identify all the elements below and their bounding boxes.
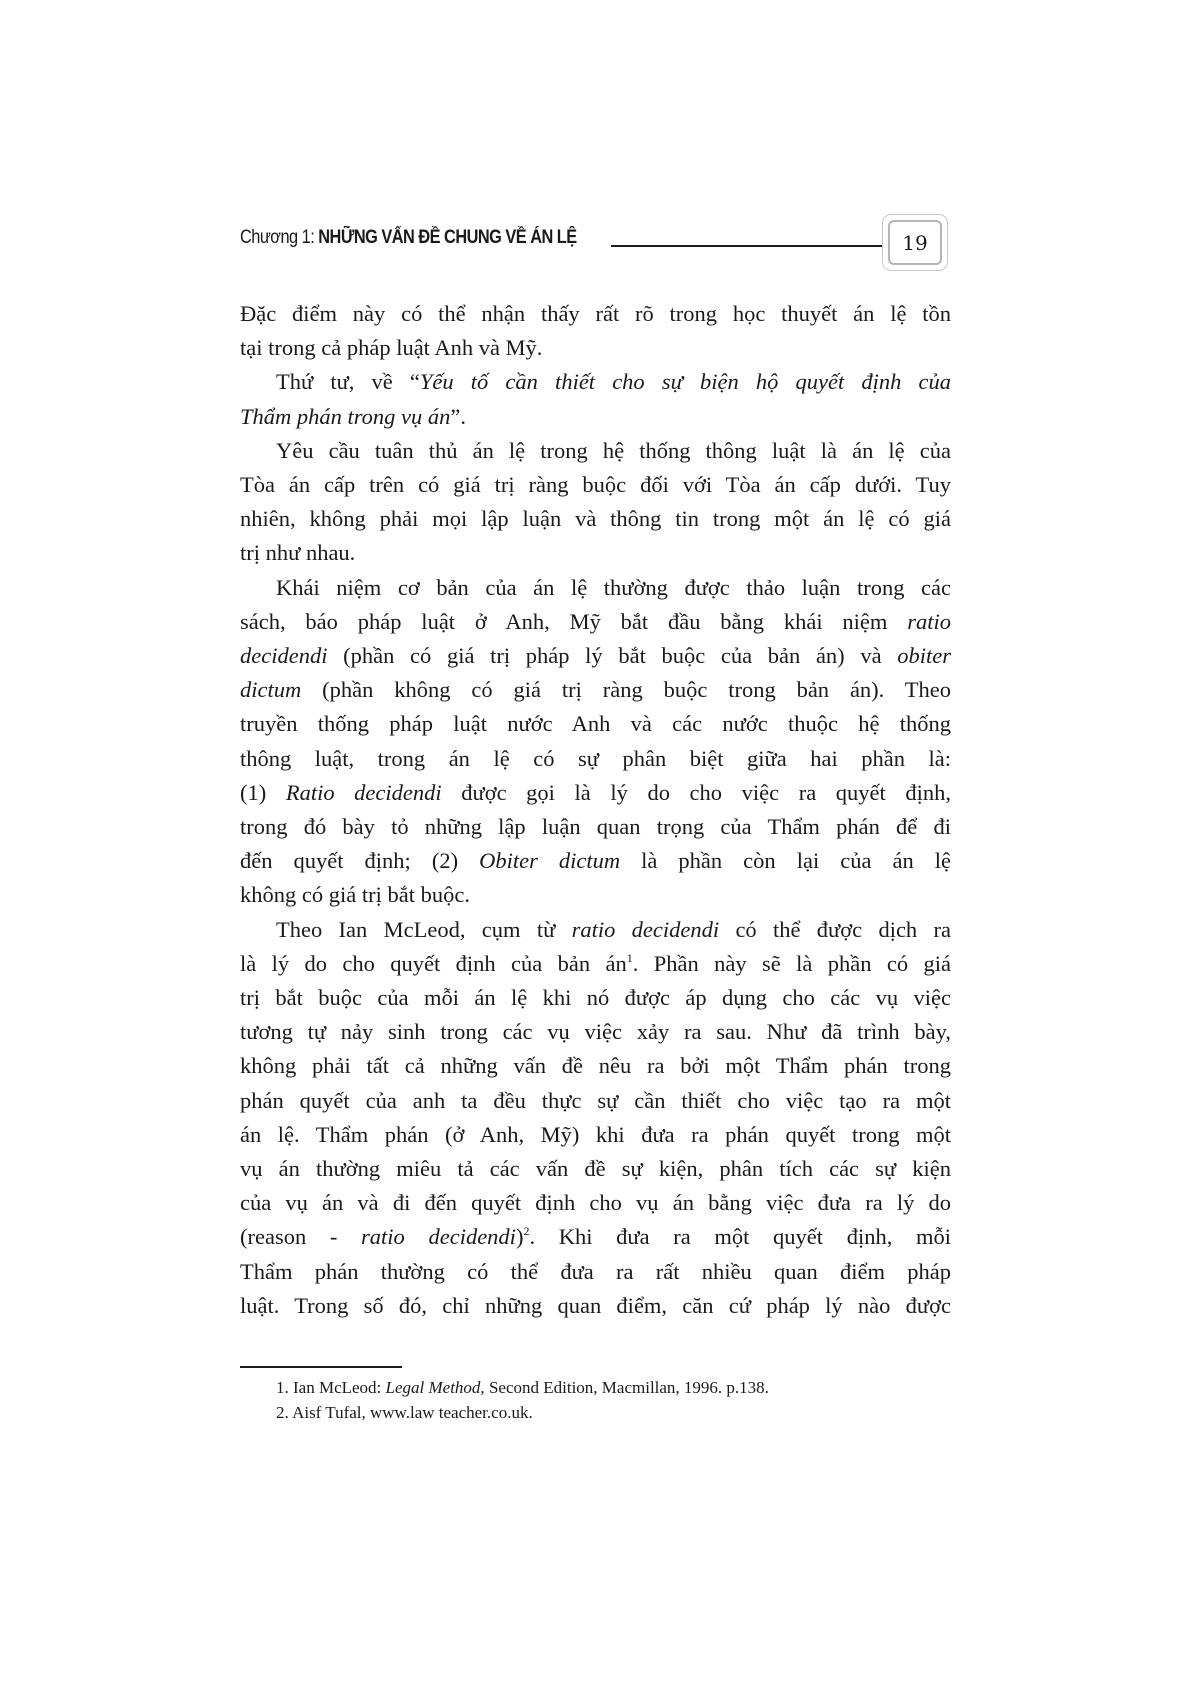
- text-line: (1) Ratio decidendi được gọi là lý do ch…: [240, 776, 951, 810]
- page-number: 19: [888, 220, 942, 265]
- text-line: luật. Trong số đó, chỉ những quan điểm, …: [240, 1289, 951, 1323]
- italic-text: Yếu tố cần thiết cho sự biện hộ quyết đị…: [420, 369, 951, 394]
- text-line: không phải tất cả những vấn đề nêu ra bở…: [240, 1049, 951, 1083]
- text-line: thông luật, trong án lệ có sự phân biệt …: [240, 742, 951, 776]
- italic-text: ratio: [907, 609, 951, 634]
- text-run: là lý do cho quyết định của bản án: [240, 951, 627, 976]
- text-run: nhiên, không phải mọi lập luận và thông …: [240, 506, 951, 531]
- text-run: trị như nhau.: [240, 540, 355, 565]
- italic-text: Obiter dictum: [479, 848, 620, 873]
- text-run: phán quyết của anh ta đều thực sự cần th…: [240, 1088, 951, 1113]
- text-line: Thẩm phán thường có thể đưa ra rất nhiều…: [240, 1255, 951, 1289]
- text-run: tương tự nảy sinh trong các vụ việc xảy …: [240, 1019, 951, 1044]
- text-run: không có giá trị bắt buộc.: [240, 882, 470, 907]
- italic-text: ratio decidendi: [361, 1224, 516, 1249]
- text-line: trị như nhau.: [240, 536, 951, 570]
- text-line: sách, báo pháp luật ở Anh, Mỹ bắt đầu bằ…: [240, 605, 951, 639]
- text-run: Tòa án cấp trên có giá trị ràng buộc đối…: [240, 472, 951, 497]
- text-line: Theo Ian McLeod, cụm từ ratio decidendi …: [240, 913, 951, 947]
- text-run: Theo Ian McLeod, cụm từ: [276, 917, 572, 942]
- text-run: (phần không có giá trị ràng buộc trong b…: [301, 677, 951, 702]
- text-line: vụ án thường miêu tả các vấn đề sự kiện,…: [240, 1152, 951, 1186]
- text-run: được gọi là lý do cho việc ra quyết định…: [442, 780, 951, 805]
- text-run: Second Edition, Macmillan, 1996. p.138.: [485, 1378, 769, 1397]
- body-text: Đặc điểm này có thể nhận thấy rất rõ tro…: [240, 297, 951, 1323]
- italic-text: dictum: [240, 677, 301, 702]
- footnote-number: 1.: [276, 1378, 293, 1397]
- italic-text: Thẩm phán trong vụ án: [240, 404, 450, 429]
- text-line: đến quyết định; (2) Obiter dictum là phầ…: [240, 844, 951, 878]
- text-run: luật. Trong số đó, chỉ những quan điểm, …: [240, 1293, 951, 1318]
- chapter-name: NHỮNG VẤN ĐỀ CHUNG VỀ ÁN LỆ: [318, 227, 576, 248]
- text-line: decidendi (phần có giá trị pháp lý bắt b…: [240, 639, 951, 673]
- italic-text: decidendi: [240, 643, 327, 668]
- text-line: Khái niệm cơ bản của án lệ thường được t…: [240, 571, 951, 605]
- text-run: Ian McLeod:: [293, 1378, 386, 1397]
- italic-text: obiter: [897, 643, 951, 668]
- italic-text: ratio decidendi: [572, 917, 720, 942]
- text-run: thông luật, trong án lệ có sự phân biệt …: [240, 746, 951, 771]
- chapter-label: Chương 1:: [240, 227, 318, 248]
- text-line: là lý do cho quyết định của bản án1. Phầ…: [240, 947, 951, 981]
- text-line: (reason - ratio decidendi)2. Khi đưa ra …: [240, 1220, 951, 1254]
- text-line: tương tự nảy sinh trong các vụ việc xảy …: [240, 1015, 951, 1049]
- italic-text: Legal Method,: [386, 1378, 485, 1397]
- text-run: Khái niệm cơ bản của án lệ thường được t…: [276, 575, 951, 600]
- text-run: trị bắt buộc của mỗi án lệ khi nó được á…: [240, 985, 951, 1010]
- text-line: trong đó bày tỏ những lập luận quan trọn…: [240, 810, 951, 844]
- text-run: có thể được dịch ra: [719, 917, 951, 942]
- text-run: vụ án thường miêu tả các vấn đề sự kiện,…: [240, 1156, 951, 1181]
- text-line: không có giá trị bắt buộc.: [240, 878, 951, 912]
- header-rule: [611, 245, 883, 247]
- text-run: án lệ. Thẩm phán (ở Anh, Mỹ) khi đưa ra …: [240, 1122, 951, 1147]
- footnotes: 1. Ian McLeod: Legal Method, Second Edit…: [276, 1375, 956, 1425]
- text-line: Thứ tư, về “Yếu tố cần thiết cho sự biện…: [240, 365, 951, 399]
- text-run: truyền thống pháp luật nước Anh và các n…: [240, 711, 951, 736]
- text-run: không phải tất cả những vấn đề nêu ra bở…: [240, 1053, 951, 1078]
- text-line: nhiên, không phải mọi lập luận và thông …: [240, 502, 951, 536]
- text-line: trị bắt buộc của mỗi án lệ khi nó được á…: [240, 981, 951, 1015]
- footnote-item: 2. Aisf Tufal, www.law teacher.co.uk.: [276, 1400, 956, 1425]
- text-run: (1): [240, 780, 286, 805]
- text-run: . Khi đưa ra một quyết định, mỗi: [529, 1224, 951, 1249]
- text-line: tại trong cả pháp luật Anh và Mỹ.: [240, 331, 951, 365]
- text-line: phán quyết của anh ta đều thực sự cần th…: [240, 1084, 951, 1118]
- footnote-item: 1. Ian McLeod: Legal Method, Second Edit…: [276, 1375, 956, 1400]
- text-run: (reason -: [240, 1224, 361, 1249]
- text-run: trong đó bày tỏ những lập luận quan trọn…: [240, 814, 951, 839]
- text-line: Thẩm phán trong vụ án”.: [240, 400, 951, 434]
- text-run: Thứ tư, về “: [276, 369, 420, 394]
- chapter-heading: Chương 1: NHỮNG VẤN ĐỀ CHUNG VỀ ÁN LỆ: [240, 227, 577, 249]
- text-run: Thẩm phán thường có thể đưa ra rất nhiều…: [240, 1259, 951, 1284]
- text-line: của vụ án và đi đến quyết định cho vụ án…: [240, 1186, 951, 1220]
- text-run: (phần có giá trị pháp lý bắt buộc của bả…: [327, 643, 897, 668]
- text-line: Tòa án cấp trên có giá trị ràng buộc đối…: [240, 468, 951, 502]
- italic-text: Ratio decidendi: [286, 780, 442, 805]
- text-run: của vụ án và đi đến quyết định cho vụ án…: [240, 1190, 951, 1215]
- footnote-rule: [240, 1366, 402, 1368]
- text-run: tại trong cả pháp luật Anh và Mỹ.: [240, 335, 542, 360]
- footnote-number: 2.: [276, 1403, 292, 1422]
- text-run: ”.: [450, 404, 466, 429]
- text-run: Aisf Tufal, www.law teacher.co.uk.: [292, 1403, 533, 1422]
- text-line: Đặc điểm này có thể nhận thấy rất rõ tro…: [240, 297, 951, 331]
- text-run: Yêu cầu tuân thủ án lệ trong hệ thống th…: [276, 438, 951, 463]
- text-line: Yêu cầu tuân thủ án lệ trong hệ thống th…: [240, 434, 951, 468]
- text-run: sách, báo pháp luật ở Anh, Mỹ bắt đầu bằ…: [240, 609, 907, 634]
- page-number-box: 19: [882, 214, 948, 271]
- text-line: truyền thống pháp luật nước Anh và các n…: [240, 707, 951, 741]
- text-run: Đặc điểm này có thể nhận thấy rất rõ tro…: [240, 301, 951, 326]
- text-line: dictum (phần không có giá trị ràng buộc …: [240, 673, 951, 707]
- text-run: là phần còn lại của án lệ: [620, 848, 951, 873]
- text-run: . Phần này sẽ là phần có giá: [633, 951, 951, 976]
- text-run: đến quyết định; (2): [240, 848, 479, 873]
- text-line: án lệ. Thẩm phán (ở Anh, Mỹ) khi đưa ra …: [240, 1118, 951, 1152]
